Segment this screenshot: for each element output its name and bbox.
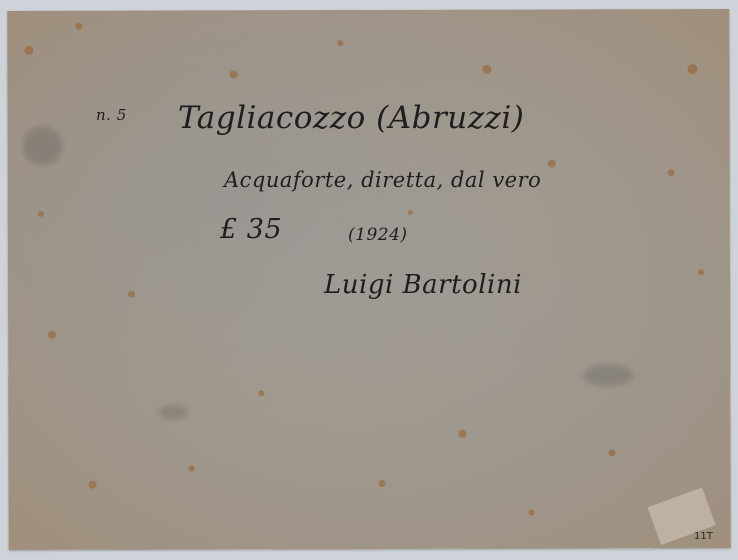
foxing-spot <box>458 430 466 438</box>
foxing-spot <box>24 46 33 55</box>
foxing-spot <box>529 510 535 516</box>
smudge <box>158 405 188 419</box>
foxing-spot <box>379 480 386 487</box>
inscription-title: Tagliacozzo (Abruzzi) <box>178 100 524 136</box>
foxing-spot <box>668 169 675 176</box>
foxing-spot <box>128 291 135 298</box>
foxing-spot <box>229 70 237 78</box>
foxing-spot <box>408 210 413 215</box>
foxing-spot <box>38 211 44 217</box>
foxing-spot <box>337 40 343 46</box>
foxing-spot <box>482 65 491 74</box>
foxing-spot <box>608 449 615 456</box>
inscription-description: Acquaforte, diretta, dal vero <box>224 168 541 192</box>
inscription-number: n. 5 <box>96 106 127 124</box>
foxing-spot <box>188 465 194 471</box>
inscription-price: £ 35 <box>220 214 282 245</box>
artist-signature: Luigi Bartolini <box>324 270 522 300</box>
foxing-spot <box>89 481 97 489</box>
smudge <box>583 364 633 386</box>
smudge <box>23 126 63 166</box>
inscription-year: (1924) <box>348 225 408 245</box>
foxing-spot <box>48 331 56 339</box>
corner-reference-note: 11T <box>694 531 713 542</box>
foxing-spot <box>258 390 264 396</box>
foxing-spot <box>548 160 556 168</box>
foxing-spot <box>75 23 82 30</box>
foxing-spot <box>687 64 697 74</box>
foxing-spot <box>698 269 704 275</box>
